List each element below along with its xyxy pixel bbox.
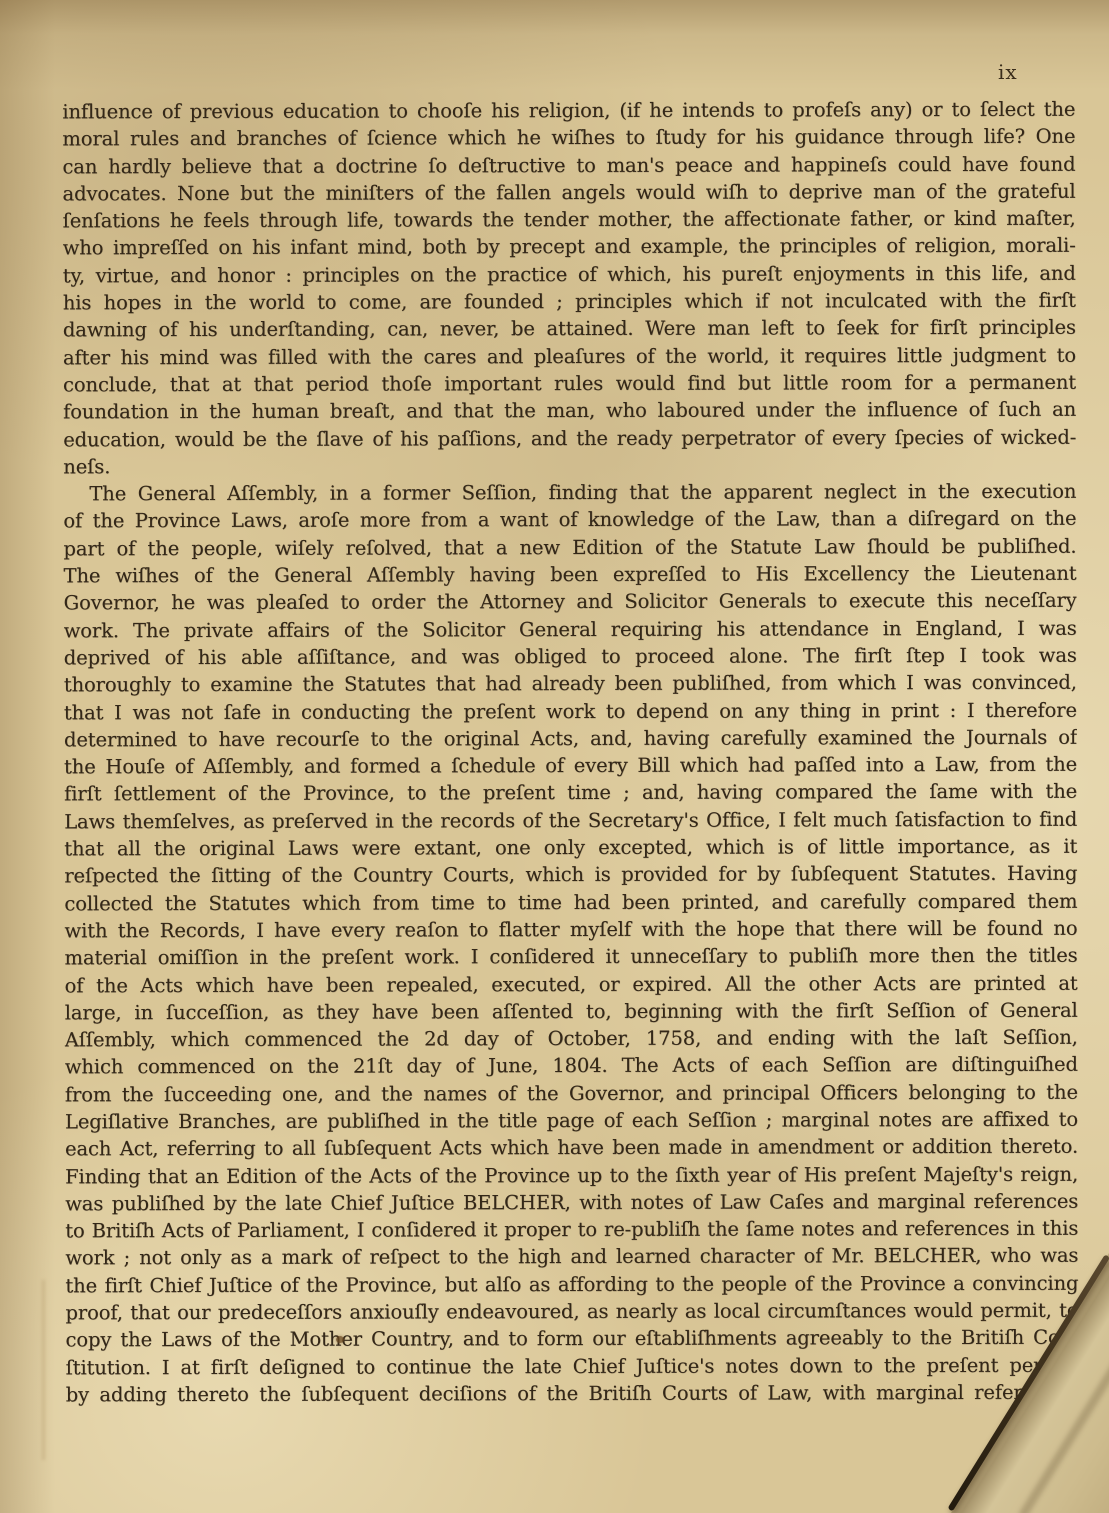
text-line: Laws themſelves, as preſerved in the rec…	[64, 805, 1077, 835]
text-line: thoroughly to examine the Statutes that …	[64, 669, 1077, 699]
text-line: the Houſe of Aſſembly, and formed a ſche…	[64, 751, 1077, 781]
text-line: to Britiſh Acts of Parliament, I conſide…	[65, 1215, 1078, 1245]
text-line: part of the people, wiſely reſolved, tha…	[63, 532, 1076, 562]
text-line: Aſſembly, which commenced the 2d day of …	[65, 1024, 1078, 1054]
text-line: from the ſucceeding one, and the names o…	[65, 1078, 1078, 1108]
text-line: conclude, that at that period thoſe impo…	[63, 369, 1076, 399]
text-line: ſtitution. I at firſt deſigned to contin…	[66, 1351, 1079, 1381]
text-line: moral rules and branches of ſcience whic…	[62, 123, 1075, 153]
text-line: neſs.	[63, 451, 1076, 481]
text-block: influence of previous education to chooſ…	[62, 96, 1078, 1409]
ink-stain	[336, 1336, 344, 1343]
text-line: collected the Statutes which from time t…	[64, 887, 1077, 917]
paragraph-education: influence of previous education to chooſ…	[62, 96, 1076, 481]
text-line: education, would be the ſlave of his paſ…	[63, 423, 1076, 453]
text-line: with the Records, I have every reaſon to…	[64, 915, 1077, 945]
text-line: by adding thereto the ſubſequent deciſio…	[66, 1379, 1079, 1409]
text-line: firſt ſettlement of the Province, to the…	[64, 778, 1077, 808]
text-line: can hardly believe that a doctrine ſo de…	[62, 150, 1075, 180]
text-line: ſenſations he feels through life, toward…	[63, 205, 1076, 235]
text-line: his hopes in the world to come, are foun…	[63, 287, 1076, 317]
text-line: deprived of his able aſſiſtance, and was…	[64, 642, 1077, 672]
text-line: that all the original Laws were extant, …	[64, 833, 1077, 863]
page-number: ix	[998, 60, 1018, 84]
text-line: influence of previous education to chooſ…	[62, 96, 1075, 126]
text-line: advocates. None but the miniſters of the…	[63, 178, 1076, 208]
text-line: copy the Laws of the Mother Country, and…	[66, 1324, 1079, 1354]
text-line: Governor, he was pleaſed to order the At…	[64, 587, 1077, 617]
text-line: of the Acts which have been repealed, ex…	[65, 969, 1078, 999]
text-line: large, in ſucceſſion, as they have been …	[65, 996, 1078, 1026]
text-line: who impreſſed on his infant mind, both b…	[63, 232, 1076, 262]
text-line: work ; not only as a mark of reſpect to …	[65, 1242, 1078, 1272]
text-line: of the Province Laws, aroſe more from a …	[63, 505, 1076, 535]
text-line: foundation in the human breaſt, and that…	[63, 396, 1076, 426]
text-line: The General Aſſembly, in a former Seſſio…	[63, 478, 1076, 508]
text-line: each Act, referring to all ſubſequent Ac…	[65, 1133, 1078, 1163]
text-line: proof, that our predeceſſors anxiouſly e…	[65, 1297, 1078, 1327]
text-line: work. The private affairs of the Solicit…	[64, 614, 1077, 644]
text-line: which commenced on the 21ſt day of June,…	[65, 1051, 1078, 1081]
text-line: the firſt Chief Juſtice of the Province,…	[65, 1269, 1078, 1299]
text-line: ty, virtue, and honor : principles on th…	[63, 259, 1076, 289]
text-line: after his mind was filled with the cares…	[63, 341, 1076, 371]
paragraph-general-assembly: The General Aſſembly, in a former Seſſio…	[63, 478, 1078, 1409]
text-line: determined to have recourſe to the origi…	[64, 724, 1077, 754]
book-page: ix influence of previous education to ch…	[0, 0, 1109, 1513]
text-line: material omiſſion in the preſent work. I…	[65, 942, 1078, 972]
text-line: Finding that an Edition of the Acts of t…	[65, 1160, 1078, 1190]
text-line: The wiſhes of the General Aſſembly havin…	[64, 560, 1077, 590]
text-line: reſpected the ſitting of the Country Cou…	[64, 860, 1077, 890]
text-line: that I was not ſafe in conducting the pr…	[64, 696, 1077, 726]
text-line: Legiſlative Branches, are publiſhed in t…	[65, 1106, 1078, 1136]
text-line: was publiſhed by the late Chief Juſtice …	[65, 1188, 1078, 1218]
text-line: dawning of his underſtanding, can, never…	[63, 314, 1076, 344]
paper-crease	[42, 1280, 45, 1460]
